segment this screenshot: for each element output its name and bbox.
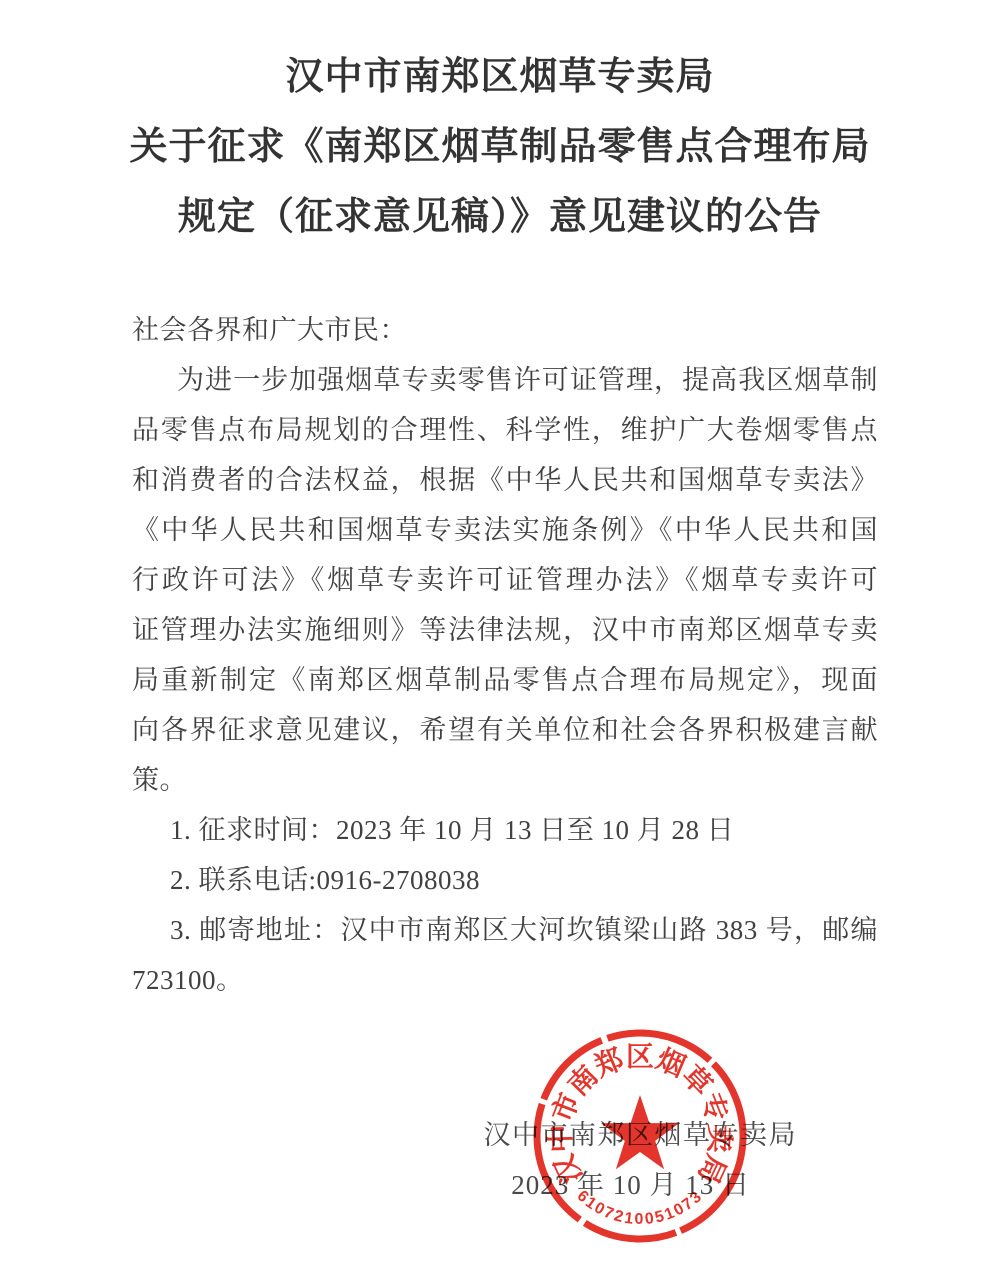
body-line: 《中华人民共和国烟草专卖法实施条例》《中华人民共和国 bbox=[132, 505, 878, 555]
title-line-1: 汉中市南郑区烟草专卖局 bbox=[0, 42, 1000, 112]
document-title: 汉中市南郑区烟草专卖局 关于征求《南郑区烟草制品零售点合理布局 规定（征求意见稿… bbox=[0, 0, 1000, 252]
body-line: 向各界征求意见建议，希望有关单位和社会各界积极建言献 bbox=[132, 705, 878, 755]
body-line: 局重新制定《南郑区烟草制品零售点合理布局规定》，现面 bbox=[132, 655, 878, 705]
list-item-contact-phone: 2. 联系电话:0916-2708038 bbox=[132, 855, 878, 905]
body-line: 证管理办法实施细则》等法律法规，汉中市南郑区烟草专卖 bbox=[132, 605, 878, 655]
salutation: 社会各界和广大市民： bbox=[132, 305, 878, 355]
body-line: 行政许可法》《烟草专卖许可证管理办法》《烟草专卖许可 bbox=[132, 555, 878, 605]
body-line: 品零售点布局规划的合理性、科学性，维护广大卷烟零售点 bbox=[132, 405, 878, 455]
document-body: 社会各界和广大市民： 为进一步加强烟草专卖零售许可证管理，提高我区烟草制 品零售… bbox=[132, 305, 878, 1005]
list-item-mailing-address: 3. 邮寄地址：汉中市南郑区大河坎镇梁山路 383 号，邮编 bbox=[132, 905, 878, 955]
title-line-2: 关于征求《南郑区烟草制品零售点合理布局 bbox=[0, 112, 1000, 182]
announcement-document: 汉中市南郑区烟草专卖局 关于征求《南郑区烟草制品零售点合理布局 规定（征求意见稿… bbox=[0, 0, 1000, 1263]
title-line-3: 规定（征求意见稿）》意见建议的公告 bbox=[0, 182, 1000, 252]
body-line: 和消费者的合法权益，根据《中华人民共和国烟草专卖法》 bbox=[132, 455, 878, 505]
body-line: 策。 bbox=[132, 755, 878, 805]
signature-org-name: 汉中市南郑区烟草专卖局 bbox=[0, 1110, 1000, 1160]
body-line: 为进一步加强烟草专卖零售许可证管理，提高我区烟草制 bbox=[132, 355, 878, 405]
document-date: 2023 年 10 月 13 日 bbox=[0, 1160, 1000, 1210]
list-item-solicitation-time: 1. 征求时间：2023 年 10 月 13 日至 10 月 28 日 bbox=[132, 805, 878, 855]
list-item-postal-code: 723100。 bbox=[132, 955, 878, 1005]
